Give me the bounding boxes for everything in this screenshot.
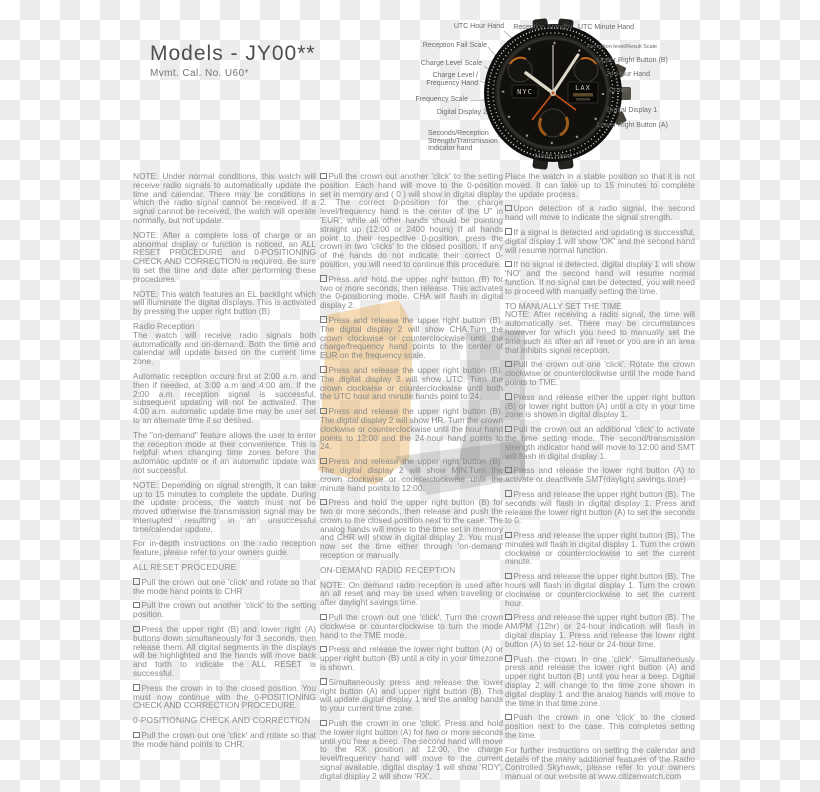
checkbox-bullet-icon [505, 228, 512, 235]
checkbox-bullet-icon [320, 614, 327, 621]
checkbox-bullet-icon [133, 578, 140, 585]
label-crown: Crown [609, 87, 629, 95]
checkbox-bullet-icon [505, 614, 512, 621]
instruction-step: Press and release the upper right button… [505, 490, 695, 525]
checkbox-bullet-icon [133, 626, 140, 633]
instruction-step: Press and release the upper right button… [320, 457, 503, 492]
label-utc-minute-hand: UTC Minute Hand [578, 24, 642, 32]
checkbox-bullet-icon [505, 573, 512, 580]
label-reception-fail-scale: Reception Fail Scale [407, 42, 487, 50]
checkbox-bullet-icon [505, 714, 512, 721]
checkbox-bullet-icon [505, 261, 512, 268]
instruction-step: Push the crown in one 'click'. Press and… [320, 719, 503, 781]
instruction-step: Pull the crown out one 'click' and rotat… [133, 731, 316, 749]
checkbox-bullet-icon [133, 684, 140, 691]
paragraph: NOTE: Depending on signal strength, it c… [133, 481, 316, 534]
checkbox-bullet-icon [505, 205, 512, 212]
label-frequency-scale: Frequency Scale [390, 96, 468, 104]
paragraph: NOTE: Under normal conditions, this watc… [133, 172, 316, 225]
paragraph: Place the watch in a stable position so … [505, 172, 695, 198]
checkbox-bullet-icon [320, 678, 327, 685]
checkbox-bullet-icon [320, 720, 327, 727]
section-heading: ALL RESET PROCEDURE [133, 563, 316, 572]
label-charge-level-frequency-hand: Charge Level / Frequency Hand [424, 72, 478, 87]
instruction-step: Push the crown in one 'click' to the clo… [505, 713, 695, 739]
instruction-step: Press the upper right (B) and lower righ… [133, 625, 316, 678]
label-digital-display-2: Digital Display 2 [407, 109, 487, 117]
paragraph: For further instructions on setting the … [505, 746, 695, 781]
label-seconds-reception-strength: Seconds/Reception Strength/Transmission … [428, 130, 510, 153]
paragraph: NOTE: This watch features an EL backligh… [133, 290, 316, 316]
paragraph: For in-depth instructions on the radio r… [133, 539, 316, 557]
instruction-step: Press and hold the upper right button (B… [320, 498, 503, 560]
instruction-step: If a signal is detected and updating is … [505, 228, 695, 254]
text-column-right: Place the watch in a stable position so … [505, 172, 695, 787]
label-utc-hour-hand: UTC Hour Hand [440, 23, 504, 31]
movement-caliber: Mvmt. Cal. No. U60* [150, 68, 316, 79]
checkbox-bullet-icon [505, 393, 512, 400]
checkbox-bullet-icon [320, 275, 327, 282]
checkbox-bullet-icon [320, 499, 327, 506]
checkbox-bullet-icon [505, 361, 512, 368]
instruction-step: Pull the crown out one 'click'. Turn the… [320, 613, 503, 639]
instruction-step: Pull the crown out another 'click' to th… [133, 601, 316, 619]
checkbox-bullet-icon [505, 532, 512, 539]
label-charge-level-scale: Charge Level Scale [402, 60, 482, 68]
paragraph: NOTE: After a complete loss of charge or… [133, 231, 316, 284]
instruction-step: Pull the crown out an additional 'click'… [505, 425, 695, 460]
checkbox-bullet-icon [320, 316, 327, 323]
instruction-step: Pull the crown out another 'click' to th… [320, 172, 503, 269]
instruction-step: Press the crown in to the closed positio… [133, 684, 316, 710]
display-left-text: NYC [517, 88, 533, 96]
instruction-step: Press and release the lower right button… [320, 645, 503, 671]
instruction-step: Press and release the lower right button… [505, 466, 695, 484]
paragraph: The "on-demand" feature allows the user … [133, 431, 316, 475]
display-right-text: LAX [575, 84, 591, 92]
instruction-step: Pull the crown out one 'click'. Rotate t… [505, 360, 695, 386]
checkbox-bullet-icon [320, 646, 327, 653]
checkbox-bullet-icon [320, 173, 327, 180]
instruction-step: Press and release the upper right button… [505, 613, 695, 648]
instruction-step: Press and hold the upper right button (B… [320, 275, 503, 310]
label-24-hour-hand: 24-Hour Hand [606, 71, 650, 79]
paragraph: NOTE: On demand radio reception is used … [320, 581, 503, 607]
checkbox-bullet-icon [133, 732, 140, 739]
checkbox-bullet-icon [133, 602, 140, 609]
label-lower-right-button: Lower Right Button (A) [597, 122, 668, 130]
section-heading: ON-DEMAND RADIO RECEPTION [320, 566, 503, 575]
label-upper-right-button: Upper Right Button (B) [597, 57, 668, 65]
instruction-step: Pull the crown out one 'click' and rotat… [133, 578, 316, 596]
checkbox-bullet-icon [505, 426, 512, 433]
instruction-step: Press and release the upper right button… [320, 366, 503, 401]
instruction-step: Press and release the upper right button… [505, 531, 695, 566]
label-mode-hand: Mode Hand [520, 153, 586, 161]
text-column-middle: Pull the crown out another 'click' to th… [320, 172, 503, 787]
instruction-step: Push the crown in one 'click'. Simultane… [505, 655, 695, 708]
text-column-left: NOTE: Under normal conditions, this watc… [133, 172, 316, 755]
instruction-step: Simultaneously press and release the low… [320, 678, 503, 713]
paragraph: NOTE: After receiving a radio signal, th… [505, 310, 695, 354]
checkbox-bullet-icon [505, 467, 512, 474]
section-heading: 0-POSITIONING CHECK AND CORRECTION [133, 716, 316, 725]
instruction-step: If no signal is detected, digital displa… [505, 260, 695, 295]
instruction-step: Press and release the upper right button… [320, 316, 503, 360]
instruction-step: Press and release either the upper right… [505, 393, 695, 419]
checkbox-bullet-icon [320, 458, 327, 465]
checkbox-bullet-icon [505, 655, 512, 662]
label-reception-level-result-scale: Reception level/Result Scale [587, 44, 657, 52]
checkbox-bullet-icon [320, 408, 327, 415]
title-block: Models - JY00** Mvmt. Cal. No. U60* [150, 42, 316, 79]
instruction-step: Press and release the upper right button… [320, 407, 503, 451]
checkbox-bullet-icon [320, 366, 327, 373]
paragraph: Automatic reception occurs first at 2:00… [133, 372, 316, 425]
manual-page: Models - JY00** Mvmt. Cal. No. U60* [0, 0, 820, 792]
instruction-step: Press and release the upper right button… [505, 572, 695, 607]
label-reception-standby: Reception Standby [510, 24, 576, 32]
instruction-step: Upon detection of a radio signal, the se… [505, 204, 695, 222]
checkbox-bullet-icon [505, 490, 512, 497]
label-digital-display-1: Digital Display 1 [607, 107, 657, 115]
paragraph: The watch will receive radio signals bot… [133, 331, 316, 366]
page-title: Models - JY00** [150, 42, 316, 66]
